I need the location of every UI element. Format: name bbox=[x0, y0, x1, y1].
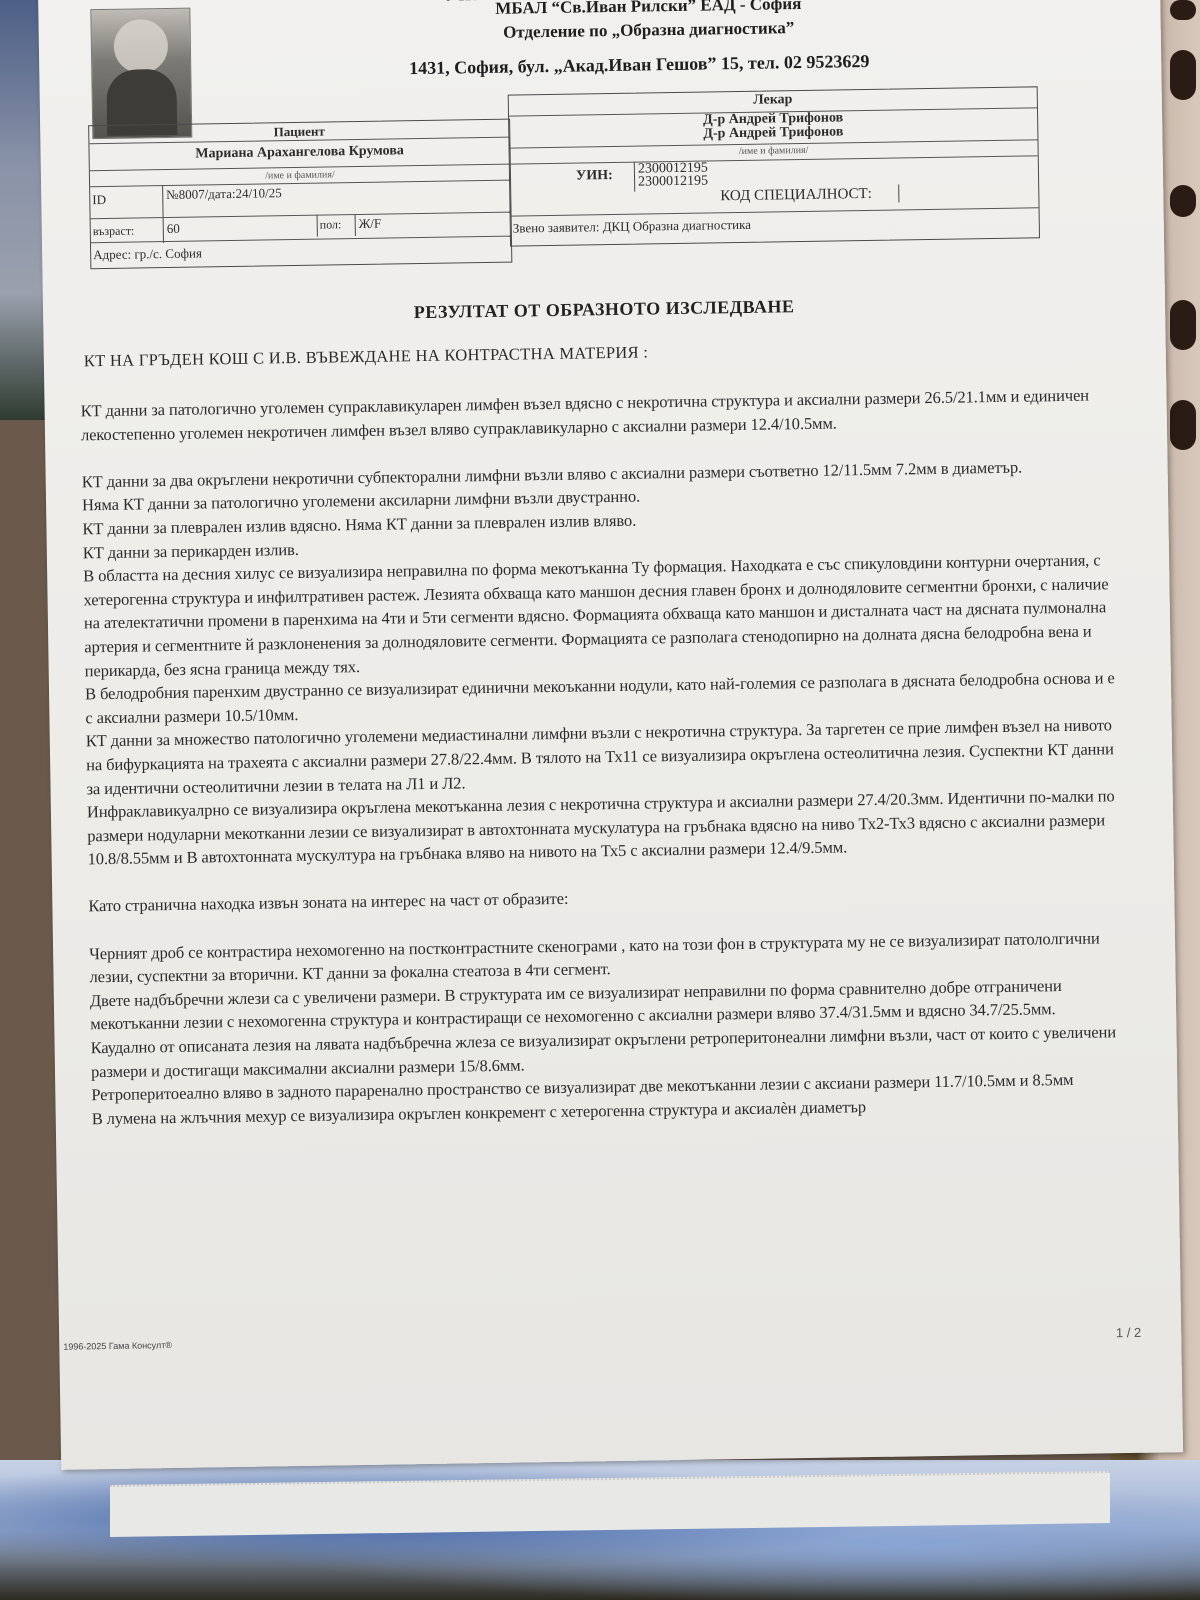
sex-value: Ж/F bbox=[359, 216, 382, 232]
department-name: Отделение по „Образна диагностика” bbox=[369, 16, 929, 45]
address-label: Адрес: гр./с. София bbox=[93, 245, 202, 263]
age-value: 60 bbox=[167, 221, 180, 237]
id-label: ID bbox=[92, 192, 106, 208]
halo-shape bbox=[113, 19, 168, 74]
info-table: Пациент Мариана Арахангелова Крумова /им… bbox=[88, 86, 1038, 101]
report-body: КТ данни за патологично уголемен супракл… bbox=[80, 383, 1131, 1131]
uin-value-repeat: 2300012195 bbox=[638, 173, 708, 190]
sex-label: пол: bbox=[320, 217, 342, 232]
id-value: №8007/дата:24/10/25 bbox=[166, 185, 282, 203]
exam-title: КТ НА ГРЪДЕН КОШ С И.В. ВЪВЕЖДАНЕ НА КОН… bbox=[84, 342, 649, 371]
page-number: 1 / 2 bbox=[1116, 1325, 1142, 1340]
age-label: възраст: bbox=[93, 224, 135, 240]
report-title: РЕЗУЛТАТ ОТ ОБРАЗНОТО ИЗСЛЕДВАНЕ bbox=[43, 290, 1165, 329]
punch-hole bbox=[1170, 50, 1196, 100]
punch-hole bbox=[1170, 400, 1196, 450]
punch-hole bbox=[1170, 185, 1196, 217]
specialty-label: КОД СПЕЦИАЛНОСТ: bbox=[720, 186, 872, 205]
doctor-box: Лекар Д-р Андрей Трифонов Д-р Андрей Три… bbox=[508, 86, 1040, 246]
patient-box: Пациент Мариана Арахангелова Крумова /им… bbox=[88, 119, 512, 270]
uin-label: УИН: bbox=[576, 168, 613, 185]
saint-icon-logo bbox=[90, 8, 192, 140]
report-paragraph: В областта на десния хилус се визуализир… bbox=[83, 548, 1125, 682]
document-page: УНИВЕРСИТЕТСКА МБАЛ “Св.Иван Рилски” ЕАД… bbox=[38, 0, 1183, 1470]
punch-hole bbox=[1170, 300, 1196, 350]
hospital-address: 1431, София, бул. „Акад.Иван Гешов” 15, … bbox=[269, 49, 1009, 82]
software-credit: 1996-2025 Гама Консулт® bbox=[63, 1340, 172, 1352]
requester-label: Звено заявител: ДКЦ Образна диагностика bbox=[513, 217, 751, 237]
punch-hole bbox=[1170, 0, 1196, 20]
patient-name: Мариана Арахангелова Крумова bbox=[89, 142, 509, 165]
